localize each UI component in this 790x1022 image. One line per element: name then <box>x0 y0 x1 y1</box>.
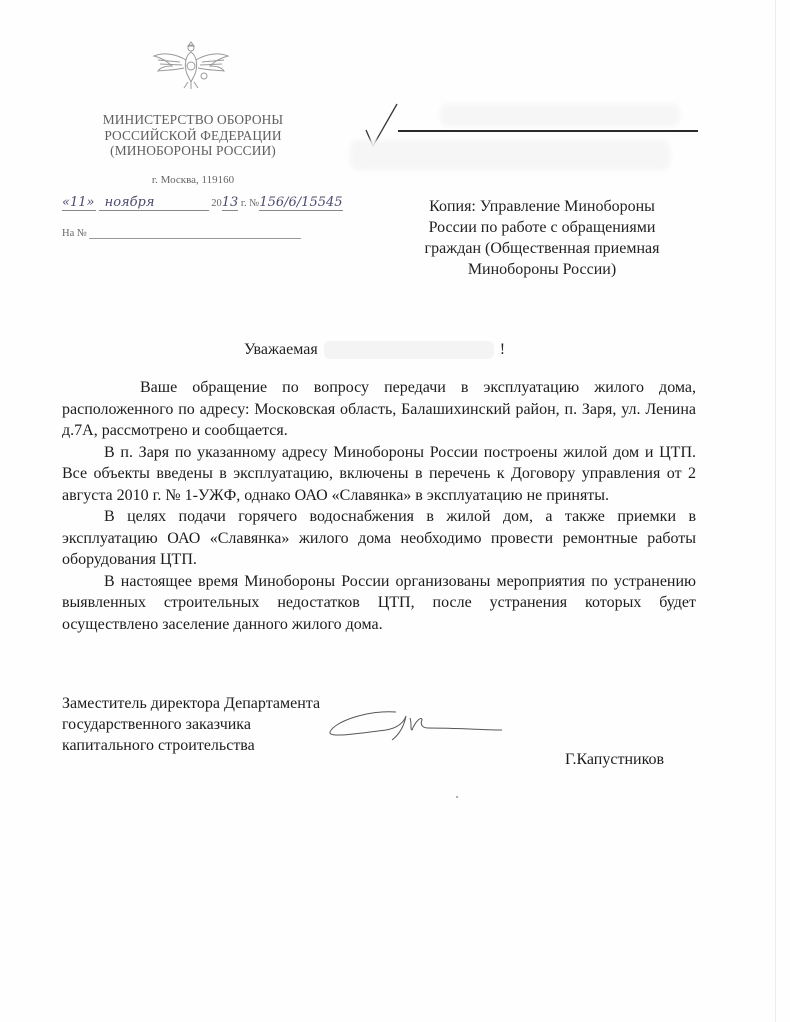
handwritten-signature-icon <box>326 708 506 744</box>
year-suffix: 13 <box>222 195 239 211</box>
ministry-line: МИНИСТЕРСТВО ОБОРОНЫ <box>88 112 298 128</box>
date-month: ноября <box>99 195 209 211</box>
eagle-emblem-icon <box>150 38 232 92</box>
signatory-name: Г.Капустников <box>565 751 664 769</box>
letter-body: Ваше обращение по вопросу передачи в экс… <box>62 377 696 635</box>
scan-speck <box>456 796 458 798</box>
title-line: Заместитель директора Департамента <box>62 693 320 714</box>
ministry-line: РОССИЙСКОЙ ФЕДЕРАЦИИ <box>88 128 298 144</box>
copy-line: России по работе с обращениями <box>396 217 688 238</box>
copy-line: Копия: Управление Минобороны <box>396 196 688 217</box>
copy-line: граждан (Общественная приемная <box>396 238 688 259</box>
copy-line: Минобороны России) <box>396 259 688 280</box>
outgoing-reference: «11» ноября 2013 г. №156/6/15545 <box>62 195 372 217</box>
redacted-address <box>350 140 670 170</box>
body-paragraph: В п. Заря по указанному адресу Миноборон… <box>62 442 696 507</box>
reply-to-reference: На № <box>62 228 301 239</box>
reply-to-label: На № <box>62 228 87 239</box>
date-day: «11» <box>62 195 96 211</box>
greeting: Уважаемая <box>244 341 318 358</box>
page-edge <box>775 0 776 1022</box>
copy-recipient: Копия: Управление Минобороны России по р… <box>396 196 688 280</box>
body-paragraph: В настоящее время Минобороны России орга… <box>62 571 696 636</box>
title-line: государственного заказчика <box>62 714 320 735</box>
outgoing-number: 156/6/15545 <box>259 195 342 211</box>
letter-page: МИНИСТЕРСТВО ОБОРОНЫ РОССИЙСКОЙ ФЕДЕРАЦИ… <box>0 0 790 1022</box>
signatory-title: Заместитель директора Департамента госуд… <box>62 693 320 756</box>
city-postcode: г. Москва, 119160 <box>88 174 298 186</box>
title-line: капитального строительства <box>62 735 320 756</box>
number-label: № <box>249 198 259 209</box>
salutation: Уважаемая! <box>244 341 505 359</box>
ministry-name: МИНИСТЕРСТВО ОБОРОНЫ РОССИЙСКОЙ ФЕДЕРАЦИ… <box>88 112 298 159</box>
body-paragraph: В целях подачи горячего водоснабжения в … <box>62 506 696 571</box>
redacted-addressee <box>440 104 680 126</box>
year-label: г. <box>241 198 247 209</box>
greeting-end: ! <box>500 341 505 358</box>
reply-to-blank <box>89 228 301 239</box>
redacted-recipient-name <box>324 341 494 359</box>
addressee-underline <box>398 130 698 132</box>
body-paragraph: Ваше обращение по вопросу передачи в экс… <box>62 377 696 442</box>
ministry-line: (МИНОБОРОНЫ РОССИИ) <box>88 143 298 159</box>
year-prefix: 20 <box>211 198 222 209</box>
